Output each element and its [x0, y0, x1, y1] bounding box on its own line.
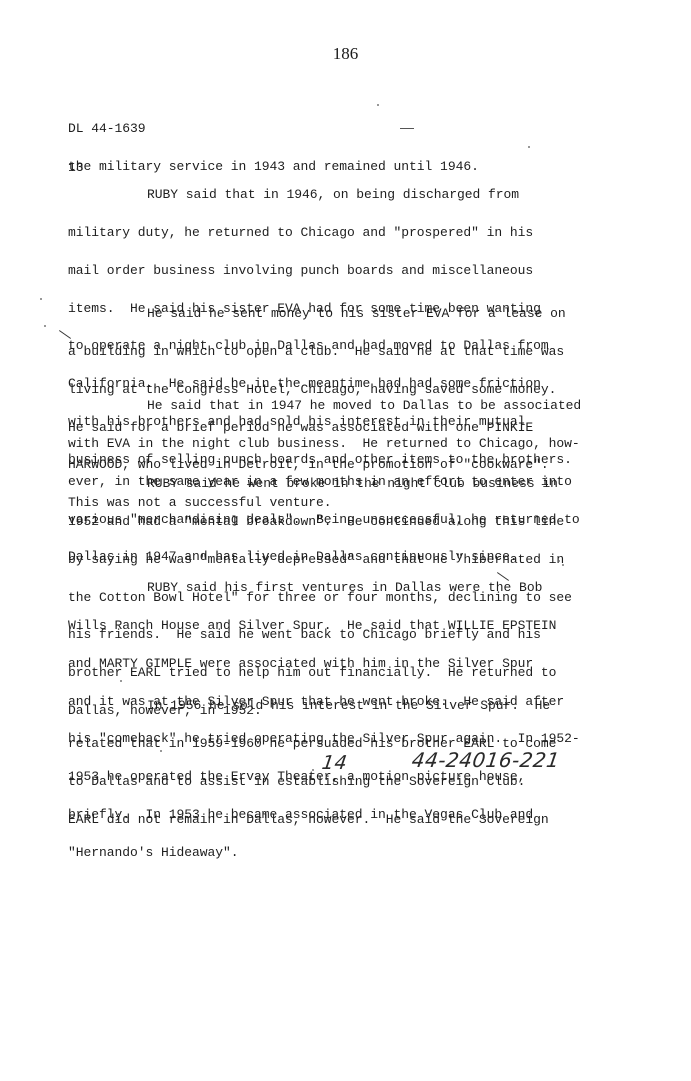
scan-speck [44, 325, 46, 327]
text-line: In 1956 he sold his interest in the Silv… [68, 700, 556, 713]
scan-speck [558, 560, 560, 562]
scan-mark [400, 128, 414, 129]
text-line: He said he sent money to his sister EVA … [68, 308, 566, 321]
scan-speck [515, 782, 517, 784]
page-number: 186 [0, 44, 691, 64]
text-line: mail order business involving punch boar… [68, 265, 572, 278]
text-line: 1952 and had a "mental breakdown". He co… [68, 516, 572, 529]
text-line: with EVA in the night club business. He … [68, 438, 581, 451]
scan-speck [120, 680, 122, 682]
text-line: a building in which to open a club. He s… [68, 346, 566, 359]
scan-speck [312, 769, 314, 771]
text-line: RUBY said that in 1946, on being dischar… [68, 189, 572, 202]
scan-speck [377, 104, 379, 106]
scan-speck [562, 564, 564, 566]
text-line: RUBY said his first ventures in Dallas w… [68, 582, 580, 595]
text-line: RUBY said he went broke in the night clu… [68, 478, 572, 491]
text-line: and MARTY GIMPLE were associated with hi… [68, 658, 580, 671]
text-line: military duty, he returned to Chicago an… [68, 227, 572, 240]
scan-speck [528, 146, 530, 148]
text-line: He said that in 1947 he moved to Dallas … [68, 400, 581, 413]
handwritten-page-marker: 14 [320, 752, 348, 774]
scan-speck [150, 745, 152, 747]
scan-speck [40, 298, 42, 300]
text-line: Wills Ranch House and Silver Spur. He sa… [68, 620, 580, 633]
scan-speck [160, 750, 162, 752]
text-line: EARL did not remain in Dallas, however. … [68, 814, 556, 827]
handwritten-serial-number: 44-24016-221 [410, 748, 561, 772]
file-reference: DL 44-1639 [68, 122, 146, 135]
text-line: to Dallas and to assist in establishing … [68, 776, 556, 789]
